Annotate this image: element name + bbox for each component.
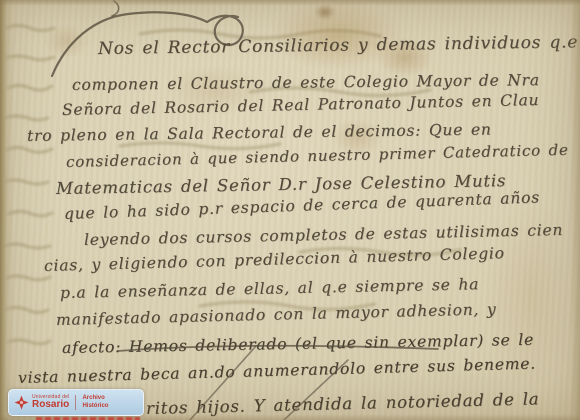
handwriting-layer: Nos el Rector Consiliarios y demas indiv… (0, 0, 580, 420)
manuscript-line-4: tro pleno en la Sala Rectoral de el deci… (27, 121, 492, 145)
stamp-institution-name: Rosario (32, 400, 69, 411)
page-edge-top (0, 0, 580, 6)
rosario-emblem-icon (14, 395, 29, 410)
manuscript-line-2: componen el Claustro de este Colegio May… (72, 71, 540, 94)
manuscript-line-5: consideracion à que siendo nuestro prime… (66, 141, 569, 171)
manuscript-line-9: cias, y eligiendo con predileccion à nue… (44, 244, 505, 275)
manuscript-line-12: afecto: Hemos deliberado (el que sin exe… (62, 331, 534, 357)
stamp-archive-word2: Histórico (82, 403, 108, 411)
archive-stamp: Universidad del Rosario Archivo Históric… (8, 389, 144, 416)
manuscript-line-1: Nos el Rector Consiliarios y demas indiv… (98, 32, 578, 59)
stamp-institution: Universidad del Rosario (32, 395, 69, 411)
stamp-divider (75, 395, 76, 410)
stamp-archive-word1: Archivo (82, 395, 108, 403)
manuscript-line-13: vista nuestra beca an.do anumerandolo en… (18, 355, 536, 387)
manuscript-scan: Nos el Rector Consiliarios y demas indiv… (0, 0, 580, 420)
manuscript-line-3: Señora del Rosario del Real Patronato Ju… (62, 91, 540, 119)
manuscript-line-11: manifestado apasionado con la mayor adhe… (56, 300, 497, 329)
stamp-archive: Archivo Histórico (82, 395, 108, 410)
page-edge-right (570, 0, 580, 420)
manuscript-line-10: p.a la enseñanza de ellas, al q.e siempr… (60, 275, 480, 302)
page-edge-left (0, 0, 14, 420)
